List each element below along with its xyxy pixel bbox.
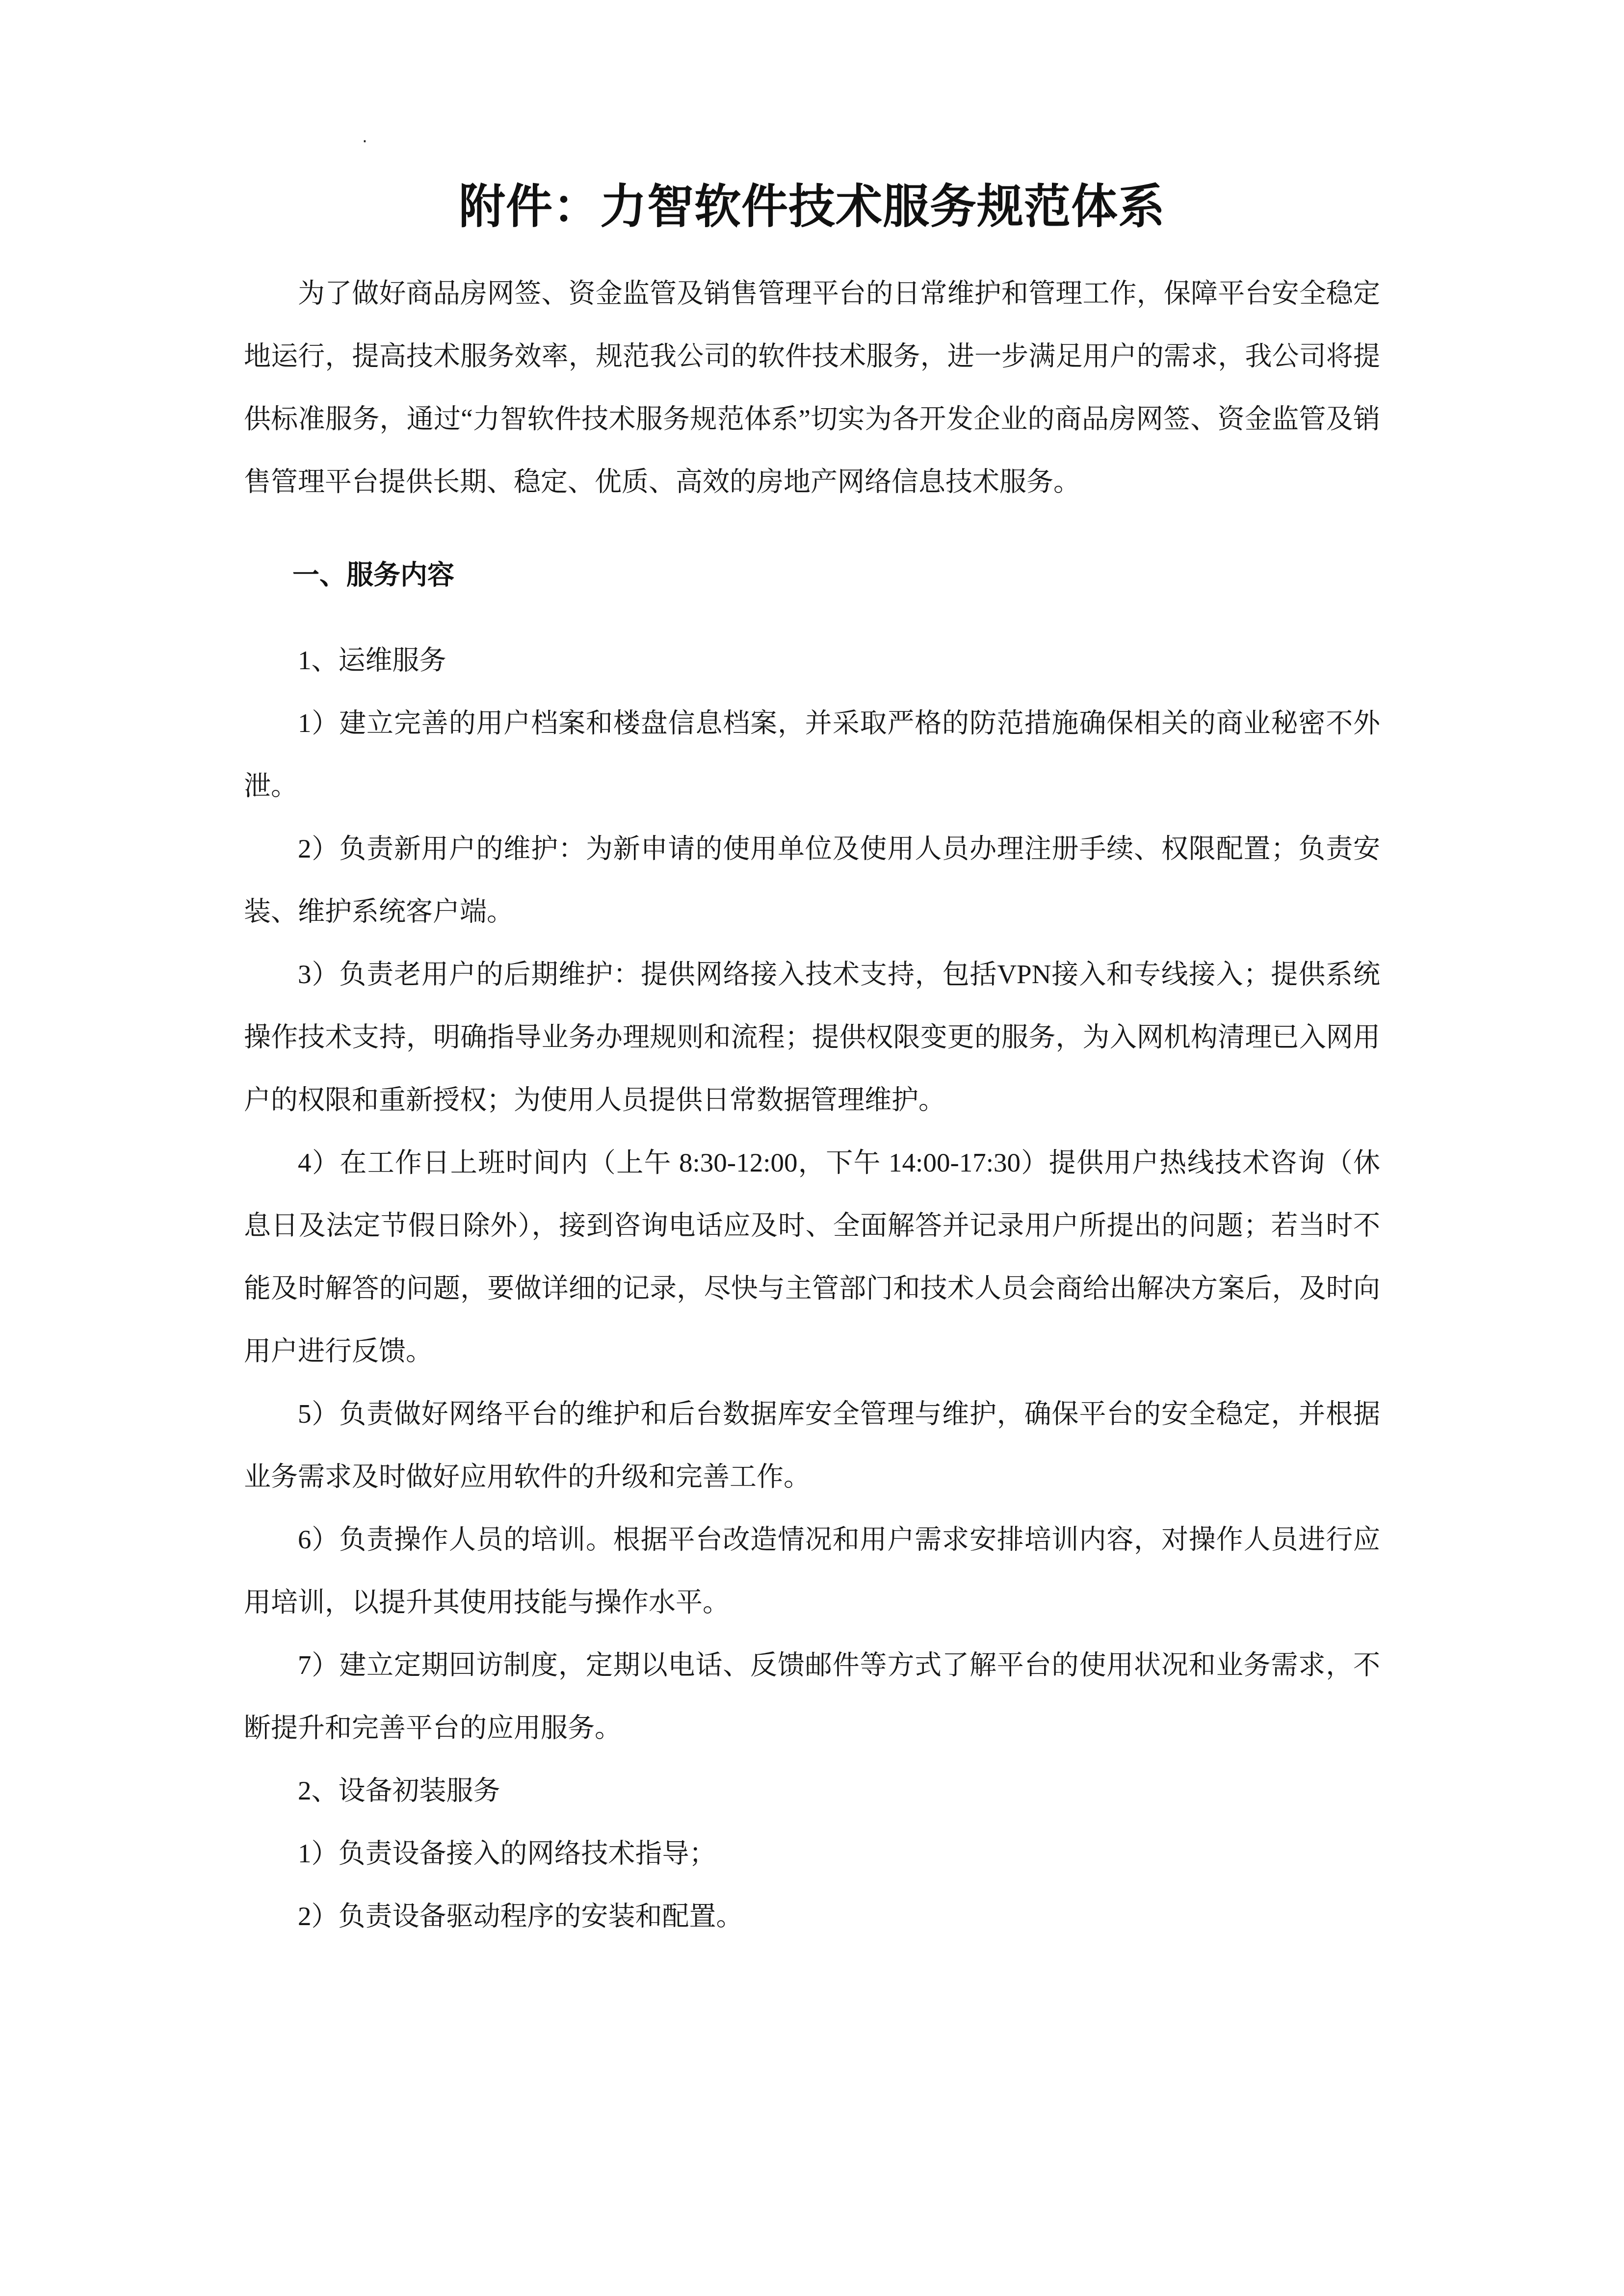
subsection-heading-ops-service: 1、运维服务 bbox=[244, 629, 1380, 692]
device-item-1: 1）负责设备接入的网络技术指导； bbox=[244, 1822, 1380, 1885]
document-page: · 附件：力智软件技术服务规范体系 为了做好商品房网签、资金监管及销售管理平台的… bbox=[0, 0, 1624, 2296]
document-body: 为了做好商品房网签、资金监管及销售管理平台的日常维护和管理工作，保障平台安全稳定… bbox=[0, 262, 1624, 1948]
ops-item-7: 7）建立定期回访制度，定期以电话、反馈邮件等方式了解平台的使用状况和业务需求，不… bbox=[244, 1634, 1380, 1759]
ops-item-6: 6）负责操作人员的培训。根据平台改造情况和用户需求安排培训内容，对操作人员进行应… bbox=[244, 1508, 1380, 1634]
subsection-heading-device-install-service: 2、设备初装服务 bbox=[244, 1759, 1380, 1822]
ops-item-3: 3）负责老用户的后期维护：提供网络接入技术支持，包括VPN接入和专线接入；提供系… bbox=[244, 943, 1380, 1131]
device-item-2: 2）负责设备驱动程序的安装和配置。 bbox=[244, 1885, 1380, 1948]
stray-scan-mark: · bbox=[362, 133, 367, 150]
ops-item-1: 1）建立完善的用户档案和楼盘信息档案，并采取严格的防范措施确保相关的商业秘密不外… bbox=[244, 692, 1380, 817]
ops-item-2: 2）负责新用户的维护：为新申请的使用单位及使用人员办理注册手续、权限配置；负责安… bbox=[244, 817, 1380, 943]
intro-paragraph: 为了做好商品房网签、资金监管及销售管理平台的日常维护和管理工作，保障平台安全稳定… bbox=[244, 262, 1380, 513]
title-body-spacer bbox=[0, 236, 1624, 262]
section-heading-service-content: 一、服务内容 bbox=[244, 543, 1380, 606]
ops-item-5: 5）负责做好网络平台的维护和后台数据库安全管理与维护，确保平台的安全稳定，并根据… bbox=[244, 1383, 1380, 1508]
ops-item-4: 4）在工作日上班时间内（上午 8:30-12:00，下午 14:00-17:30… bbox=[244, 1131, 1380, 1383]
doc-title: 附件：力智软件技术服务规范体系 bbox=[0, 0, 1624, 236]
